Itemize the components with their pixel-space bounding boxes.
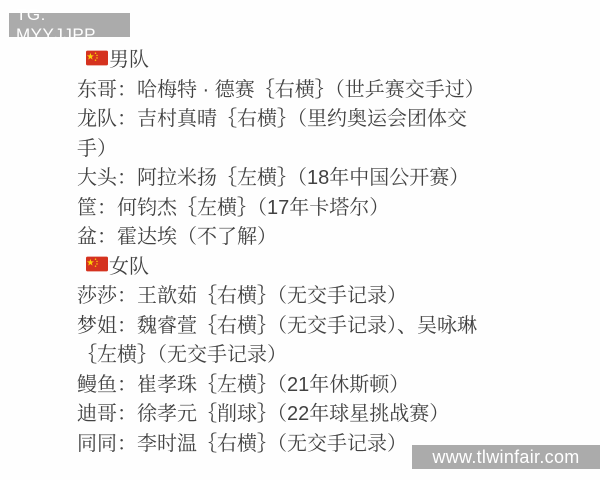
telegram-handle-badge: TG: MYYJJPP <box>9 13 130 37</box>
matchup-line-wrap: 手） <box>77 132 552 162</box>
matchup-line: 龙队：吉村真晴｛右横｝（里约奥运会团体交 <box>77 102 552 132</box>
matchup-line-wrap: ｛左横｝（无交手记录） <box>77 338 552 368</box>
matchup-line: 鳗鱼：崔孝珠｛左横｝（21年休斯顿） <box>77 368 552 398</box>
post-image: TG: MYYJJPP 男队 东哥：哈梅特 · 德赛｛右横｝（世乒赛交手过） 龙… <box>0 0 600 480</box>
china-flag-icon <box>86 256 108 272</box>
matchup-line: 迪哥：徐孝元｛削球｝（22年球星挑战赛） <box>77 397 552 427</box>
website-watermark: www.tlwinfair.com <box>412 445 600 469</box>
matchup-line: 莎莎：王歆茹｛右横｝（无交手记录） <box>77 279 552 309</box>
section-title-text: 男队 <box>109 43 149 72</box>
matchup-line: 筐：何钧杰｛左横｝（17年卡塔尔） <box>77 191 552 221</box>
section-title-women: 女队 <box>77 250 552 280</box>
matchup-line: 大头：阿拉米扬｛左横｝（18年中国公开赛） <box>77 161 552 191</box>
matchup-line: 盆：霍达埃（不了解） <box>77 220 552 250</box>
matchup-line: 梦姐：魏睿萱｛右横｝（无交手记录）、吴咏琳 <box>77 309 552 339</box>
matchup-list: 男队 东哥：哈梅特 · 德赛｛右横｝（世乒赛交手过） 龙队：吉村真晴｛右横｝（里… <box>77 43 552 456</box>
section-title-men: 男队 <box>77 43 552 73</box>
section-title-text: 女队 <box>109 250 149 279</box>
matchup-line: 东哥：哈梅特 · 德赛｛右横｝（世乒赛交手过） <box>77 73 552 103</box>
china-flag-icon <box>86 50 108 66</box>
